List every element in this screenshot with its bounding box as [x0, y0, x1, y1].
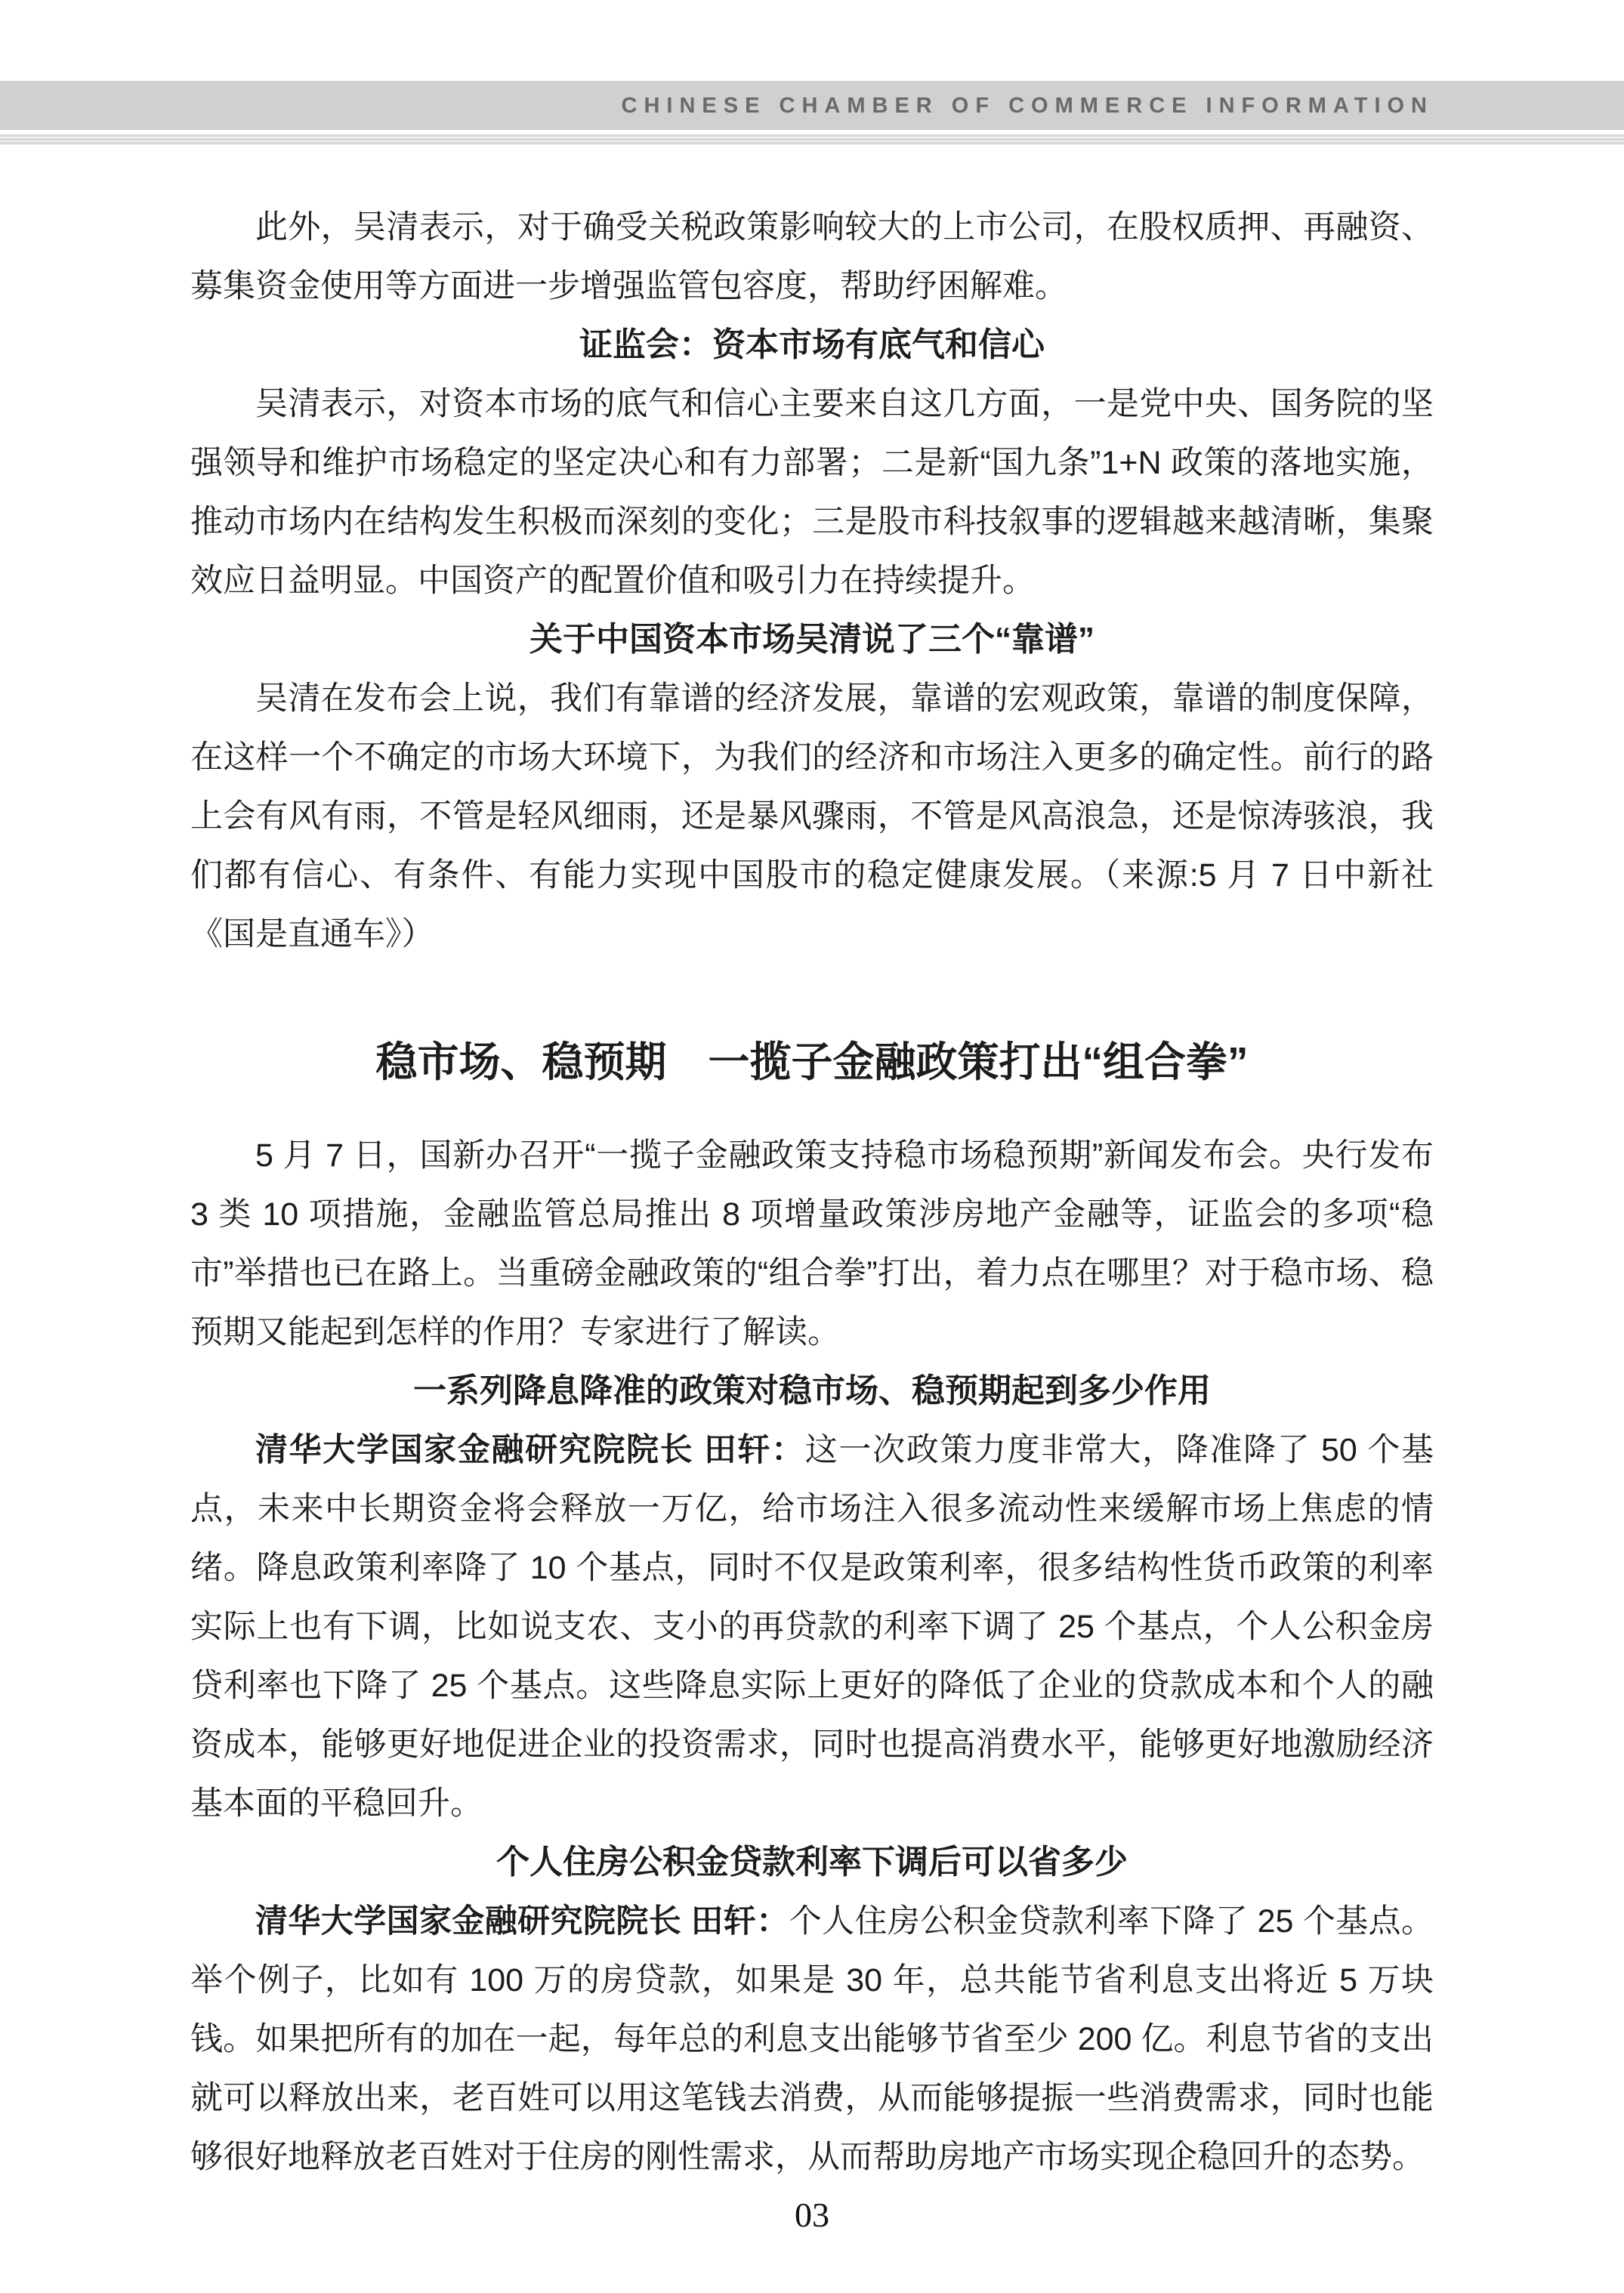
article2-para-3-text: 个人住房公积金贷款利率下降了 25 个基点。举个例子，比如有 100 万的房贷款…	[190, 1903, 1434, 2175]
document-page: CHINESE CHAMBER OF COMMERCE INFORMATION …	[0, 0, 1624, 2293]
article2-title: 稳市场、稳预期 一揽子金融政策打出“组合拳”	[190, 1035, 1434, 1088]
article1-para-1: 此外，吴清表示，对于确受关税政策影响较大的上市公司，在股权质押、再融资、募集资金…	[190, 198, 1434, 316]
article1-para-2: 吴清表示，对资本市场的底气和信心主要来自这几方面，一是党中央、国务院的坚强领导和…	[190, 375, 1434, 610]
article2-para-3: 清华大学国家金融研究院院长 田轩：个人住房公积金贷款利率下降了 25 个基点。举…	[190, 1892, 1434, 2187]
speaker-lead: 清华大学国家金融研究院院长 田轩：	[255, 1903, 789, 1940]
header-banner-text: CHINESE CHAMBER OF COMMERCE INFORMATION	[0, 81, 1624, 131]
article2-heading-2: 个人住房公积金贷款利率下调后可以省多少	[190, 1833, 1434, 1892]
page-number: 03	[0, 2195, 1624, 2235]
article-body: 此外，吴清表示，对于确受关税政策影响较大的上市公司，在股权质押、再融资、募集资金…	[190, 198, 1434, 2187]
article2-para-1: 5 月 7 日，国新办召开“一揽子金融政策支持稳市场稳预期”新闻发布会。央行发布…	[190, 1126, 1434, 1362]
article1-heading-1: 证监会：资本市场有底气和信心	[190, 316, 1434, 375]
article2-para-2-text: 这一次政策力度非常大，降准降了 50 个基点，未来中长期资金将会释放一万亿，给市…	[190, 1432, 1434, 1822]
speaker-lead: 清华大学国家金融研究院院长 田轩：	[255, 1432, 805, 1468]
article2-heading-1: 一系列降息降准的政策对稳市场、稳预期起到多少作用	[190, 1362, 1434, 1421]
header-accent-band	[0, 134, 1624, 145]
header-band: CHINESE CHAMBER OF COMMERCE INFORMATION	[0, 81, 1624, 130]
article1-para-3: 吴清在发布会上说，我们有靠谱的经济发展，靠谱的宏观政策，靠谱的制度保障，在这样一…	[190, 669, 1434, 964]
article2-para-2: 清华大学国家金融研究院院长 田轩：这一次政策力度非常大，降准降了 50 个基点，…	[190, 1421, 1434, 1833]
article1-heading-2: 关于中国资本市场吴清说了三个“靠谱”	[190, 610, 1434, 669]
